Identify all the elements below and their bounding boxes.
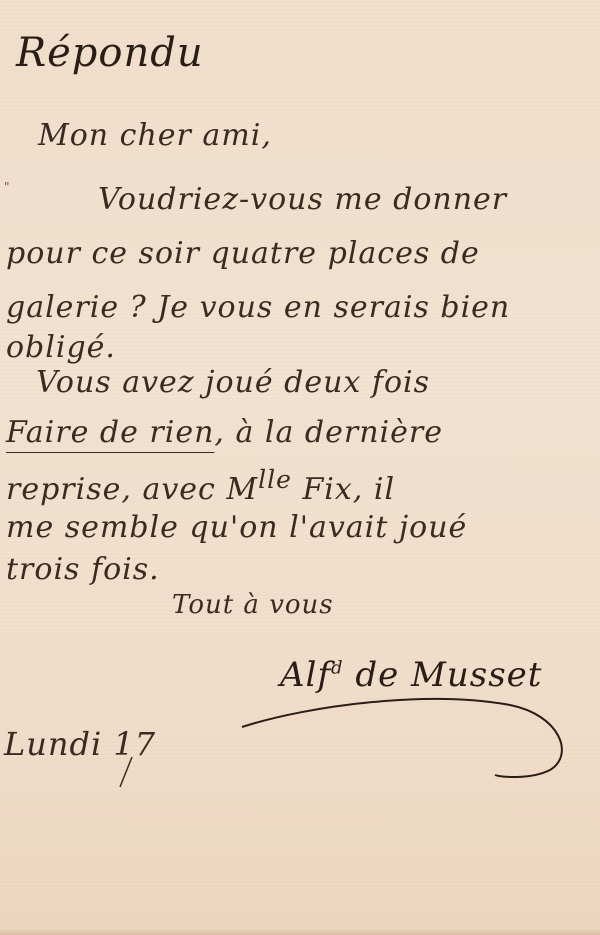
body-line-4: obligé.	[6, 330, 116, 365]
date-underline-stroke-icon	[110, 755, 150, 795]
body-line-1: Voudriez-vous me donner	[98, 182, 507, 217]
body-line-7-b: Fix, il	[292, 472, 395, 507]
body-line-5: Vous avez joué deux fois	[36, 365, 430, 400]
body-line-8: me semble qu'on l'avait joué	[6, 510, 467, 545]
salutation: Mon cher ami,	[38, 118, 272, 153]
signature-flourish-icon	[230, 685, 590, 795]
body-line-9: trois fois.	[6, 552, 160, 587]
body-line-7-sup: lle	[258, 465, 292, 494]
body-line-6-rest: , à la dernière	[214, 415, 443, 450]
body-line-7-a: reprise, avec M	[6, 472, 258, 507]
body-line-7: reprise, avec Mlle Fix, il	[6, 465, 395, 507]
body-line-2: pour ce soir quatre places de	[6, 236, 480, 271]
body-line-3: galerie ? Je vous en serais bien	[6, 290, 510, 325]
closing: Tout à vous	[172, 590, 334, 620]
signature-sup: d	[331, 658, 344, 679]
body-line-6: Faire de rien, à la dernière	[6, 415, 443, 450]
underlined-play-title: Faire de rien	[6, 415, 214, 450]
reply-annotation: Répondu	[16, 30, 204, 76]
letter-page: Répondu " Mon cher ami, Voudriez-vous me…	[0, 0, 600, 935]
paper-edge	[0, 929, 600, 935]
margin-mark: "	[4, 180, 10, 194]
